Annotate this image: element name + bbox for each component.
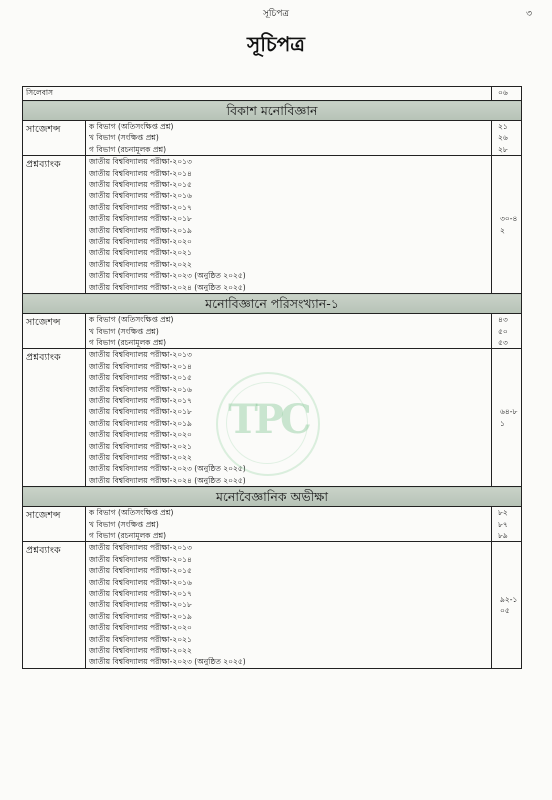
- exam-list: জাতীয় বিশ্ববিদ্যালয় পরীক্ষা-২০১৩জাতীয়…: [86, 542, 492, 668]
- exam-item[interactable]: জাতীয় বিশ্ববিদ্যালয় পরীক্ষা-২০১৬: [89, 577, 488, 588]
- exam-item[interactable]: জাতীয় বিশ্ববিদ্যালয় পরীক্ষা-২০২২: [89, 452, 488, 463]
- exam-item[interactable]: জাতীয় বিশ্ববিদ্যালয় পরীক্ষা-২০২৩ (অনুষ…: [89, 656, 488, 667]
- suggestion-item[interactable]: ক বিভাগ (অতিসংক্ষিপ্ত প্রশ্ন): [89, 507, 488, 518]
- exam-item[interactable]: জাতীয় বিশ্ববিদ্যালয় পরীক্ষা-২০২৩ (অনুষ…: [89, 463, 488, 474]
- exam-item[interactable]: জাতীয় বিশ্ববিদ্যালয় পরীক্ষা-২০২২: [89, 645, 488, 656]
- exam-item[interactable]: জাতীয় বিশ্ববিদ্যালয় পরীক্ষা-২০১৪: [89, 361, 488, 372]
- suggestion-list: ক বিভাগ (অতিসংক্ষিপ্ত প্রশ্ন)খ বিভাগ (সং…: [86, 314, 492, 349]
- suggestion-page: ৮৯: [498, 530, 518, 541]
- table-of-contents: সিলেবাস ০৬ বিকাশ মনোবিজ্ঞানসাজেশন্স ক বি…: [22, 86, 522, 669]
- syllabus-page: ০৬: [492, 87, 522, 101]
- exam-item[interactable]: জাতীয় বিশ্ববিদ্যালয় পরীক্ষা-২০১৯: [89, 611, 488, 622]
- section-title: মনোবৈজ্ঞানিক অভীক্ষা: [23, 487, 522, 507]
- exam-list: জাতীয় বিশ্ববিদ্যালয় পরীক্ষা-২০১৩জাতীয়…: [86, 156, 492, 294]
- exam-item[interactable]: জাতীয় বিশ্ববিদ্যালয় পরীক্ষা-২০১৩: [89, 156, 488, 167]
- section-heading[interactable]: মনোবৈজ্ঞানিক অভীক্ষা: [23, 487, 522, 507]
- suggestion-item[interactable]: খ বিভাগ (সংক্ষিপ্ত প্রশ্ন): [89, 326, 488, 337]
- suggestion-item[interactable]: ক বিভাগ (অতিসংক্ষিপ্ত প্রশ্ন): [89, 121, 488, 132]
- syllabus-label: সিলেবাস: [23, 87, 492, 101]
- exam-item[interactable]: জাতীয় বিশ্ববিদ্যালয় পরীক্ষা-২০২৪ (অনুষ…: [89, 282, 488, 293]
- exam-item[interactable]: জাতীয় বিশ্ববিদ্যালয় পরীক্ষা-২০১৯: [89, 225, 488, 236]
- section-title: বিকাশ মনোবিজ্ঞান: [23, 101, 522, 121]
- suggestion-page: ২৬: [498, 132, 518, 143]
- question-bank-label: প্রশ্নব্যাংক: [23, 156, 86, 294]
- suggestion-page: ৮২: [498, 507, 518, 518]
- suggestion-item[interactable]: গ বিভাগ (রচনামূলক প্রশ্ন): [89, 530, 488, 541]
- suggestion-item[interactable]: গ বিভাগ (রচনামূলক প্রশ্ন): [89, 144, 488, 155]
- question-bank-pages: ৬৪-৮১: [492, 349, 522, 487]
- exam-item[interactable]: জাতীয় বিশ্ববিদ্যালয় পরীক্ষা-২০১৭: [89, 395, 488, 406]
- suggestions-row: সাজেশন্স ক বিভাগ (অতিসংক্ষিপ্ত প্রশ্ন)খ …: [23, 121, 522, 156]
- exam-item[interactable]: জাতীয় বিশ্ববিদ্যালয় পরীক্ষা-২০১৩: [89, 349, 488, 360]
- exam-item[interactable]: জাতীয় বিশ্ববিদ্যালয় পরীক্ষা-২০২২: [89, 259, 488, 270]
- suggestion-list: ক বিভাগ (অতিসংক্ষিপ্ত প্রশ্ন)খ বিভাগ (সং…: [86, 121, 492, 156]
- suggestion-list: ক বিভাগ (অতিসংক্ষিপ্ত প্রশ্ন)খ বিভাগ (সং…: [86, 507, 492, 542]
- suggestion-item[interactable]: ক বিভাগ (অতিসংক্ষিপ্ত প্রশ্ন): [89, 314, 488, 325]
- exam-item[interactable]: জাতীয় বিশ্ববিদ্যালয় পরীক্ষা-২০১৫: [89, 179, 488, 190]
- suggestions-row: সাজেশন্স ক বিভাগ (অতিসংক্ষিপ্ত প্রশ্ন)খ …: [23, 507, 522, 542]
- exam-item[interactable]: জাতীয় বিশ্ববিদ্যালয় পরীক্ষা-২০২৩ (অনুষ…: [89, 270, 488, 281]
- exam-item[interactable]: জাতীয় বিশ্ববিদ্যালয় পরীক্ষা-২০১৩: [89, 542, 488, 553]
- question-bank-label: প্রশ্নব্যাংক: [23, 542, 86, 668]
- exam-item[interactable]: জাতীয় বিশ্ববিদ্যালয় পরীক্ষা-২০১৬: [89, 190, 488, 201]
- exam-item[interactable]: জাতীয় বিশ্ববিদ্যালয় পরীক্ষা-২০২০: [89, 622, 488, 633]
- exam-item[interactable]: জাতীয় বিশ্ববিদ্যালয় পরীক্ষা-২০১৯: [89, 418, 488, 429]
- exam-list: জাতীয় বিশ্ববিদ্যালয় পরীক্ষা-২০১৩জাতীয়…: [86, 349, 492, 487]
- question-bank-row: প্রশ্নব্যাংক জাতীয় বিশ্ববিদ্যালয় পরীক্…: [23, 156, 522, 294]
- syllabus-row[interactable]: সিলেবাস ০৬: [23, 87, 522, 101]
- suggestion-page: ৮৭: [498, 519, 518, 530]
- exam-item[interactable]: জাতীয় বিশ্ববিদ্যালয় পরীক্ষা-২০২১: [89, 247, 488, 258]
- suggestion-pages: ৮২৮৭৮৯: [492, 507, 522, 542]
- exam-item[interactable]: জাতীয় বিশ্ববিদ্যালয় পরীক্ষা-২০১৪: [89, 554, 488, 565]
- question-bank-pages: ৯২-১০৫: [492, 542, 522, 668]
- exam-item[interactable]: জাতীয় বিশ্ববিদ্যালয় পরীক্ষা-২০২৪ (অনুষ…: [89, 475, 488, 486]
- section-heading[interactable]: বিকাশ মনোবিজ্ঞান: [23, 101, 522, 121]
- question-bank-row: প্রশ্নব্যাংক জাতীয় বিশ্ববিদ্যালয় পরীক্…: [23, 349, 522, 487]
- suggestion-label: সাজেশন্স: [23, 507, 86, 542]
- exam-item[interactable]: জাতীয় বিশ্ববিদ্যালয় পরীক্ষা-২০২১: [89, 634, 488, 645]
- suggestion-page: ৫৩: [498, 337, 518, 348]
- section-title: মনোবিজ্ঞানে পরিসংখ্যান-১: [23, 294, 522, 314]
- question-bank-label: প্রশ্নব্যাংক: [23, 349, 86, 487]
- section-heading[interactable]: মনোবিজ্ঞানে পরিসংখ্যান-১: [23, 294, 522, 314]
- suggestion-label: সাজেশন্স: [23, 121, 86, 156]
- exam-item[interactable]: জাতীয় বিশ্ববিদ্যালয় পরীক্ষা-২০১৬: [89, 384, 488, 395]
- exam-item[interactable]: জাতীয় বিশ্ববিদ্যালয় পরীক্ষা-২০১৫: [89, 565, 488, 576]
- page-range: ৩০-৪২: [500, 213, 518, 236]
- suggestion-page: ২১: [498, 121, 518, 132]
- suggestion-item[interactable]: গ বিভাগ (রচনামূলক প্রশ্ন): [89, 337, 488, 348]
- page-title: সূচিপত্র: [0, 30, 552, 63]
- exam-item[interactable]: জাতীয় বিশ্ববিদ্যালয় পরীক্ষা-২০২০: [89, 429, 488, 440]
- suggestion-label: সাজেশন্স: [23, 314, 86, 349]
- running-header: সূচিপত্র: [0, 6, 552, 21]
- suggestion-page: ৪৩: [498, 314, 518, 325]
- question-bank-pages: ৩০-৪২: [492, 156, 522, 294]
- exam-item[interactable]: জাতীয় বিশ্ববিদ্যালয় পরীক্ষা-২০১৭: [89, 202, 488, 213]
- suggestion-page: ৫০: [498, 326, 518, 337]
- page-range: ৬৪-৮১: [500, 406, 518, 429]
- exam-item[interactable]: জাতীয় বিশ্ববিদ্যালয় পরীক্ষা-২০১৮: [89, 599, 488, 610]
- exam-item[interactable]: জাতীয় বিশ্ববিদ্যালয় পরীক্ষা-২০২০: [89, 236, 488, 247]
- exam-item[interactable]: জাতীয় বিশ্ববিদ্যালয় পরীক্ষা-২০১৫: [89, 372, 488, 383]
- exam-item[interactable]: জাতীয় বিশ্ববিদ্যালয় পরীক্ষা-২০১৮: [89, 213, 488, 224]
- exam-item[interactable]: জাতীয় বিশ্ববিদ্যালয় পরীক্ষা-২০১৪: [89, 168, 488, 179]
- suggestions-row: সাজেশন্স ক বিভাগ (অতিসংক্ষিপ্ত প্রশ্ন)খ …: [23, 314, 522, 349]
- exam-item[interactable]: জাতীয় বিশ্ববিদ্যালয় পরীক্ষা-২০২১: [89, 441, 488, 452]
- suggestion-pages: ৪৩৫০৫৩: [492, 314, 522, 349]
- page-number: ৩: [526, 6, 532, 21]
- question-bank-row: প্রশ্নব্যাংক জাতীয় বিশ্ববিদ্যালয় পরীক্…: [23, 542, 522, 668]
- suggestion-pages: ২১২৬২৮: [492, 121, 522, 156]
- suggestion-item[interactable]: খ বিভাগ (সংক্ষিপ্ত প্রশ্ন): [89, 132, 488, 143]
- suggestion-page: ২৮: [498, 144, 518, 155]
- suggestion-item[interactable]: খ বিভাগ (সংক্ষিপ্ত প্রশ্ন): [89, 519, 488, 530]
- page-range: ৯২-১০৫: [500, 594, 518, 617]
- exam-item[interactable]: জাতীয় বিশ্ববিদ্যালয় পরীক্ষা-২০১৭: [89, 588, 488, 599]
- exam-item[interactable]: জাতীয় বিশ্ববিদ্যালয় পরীক্ষা-২০১৮: [89, 406, 488, 417]
